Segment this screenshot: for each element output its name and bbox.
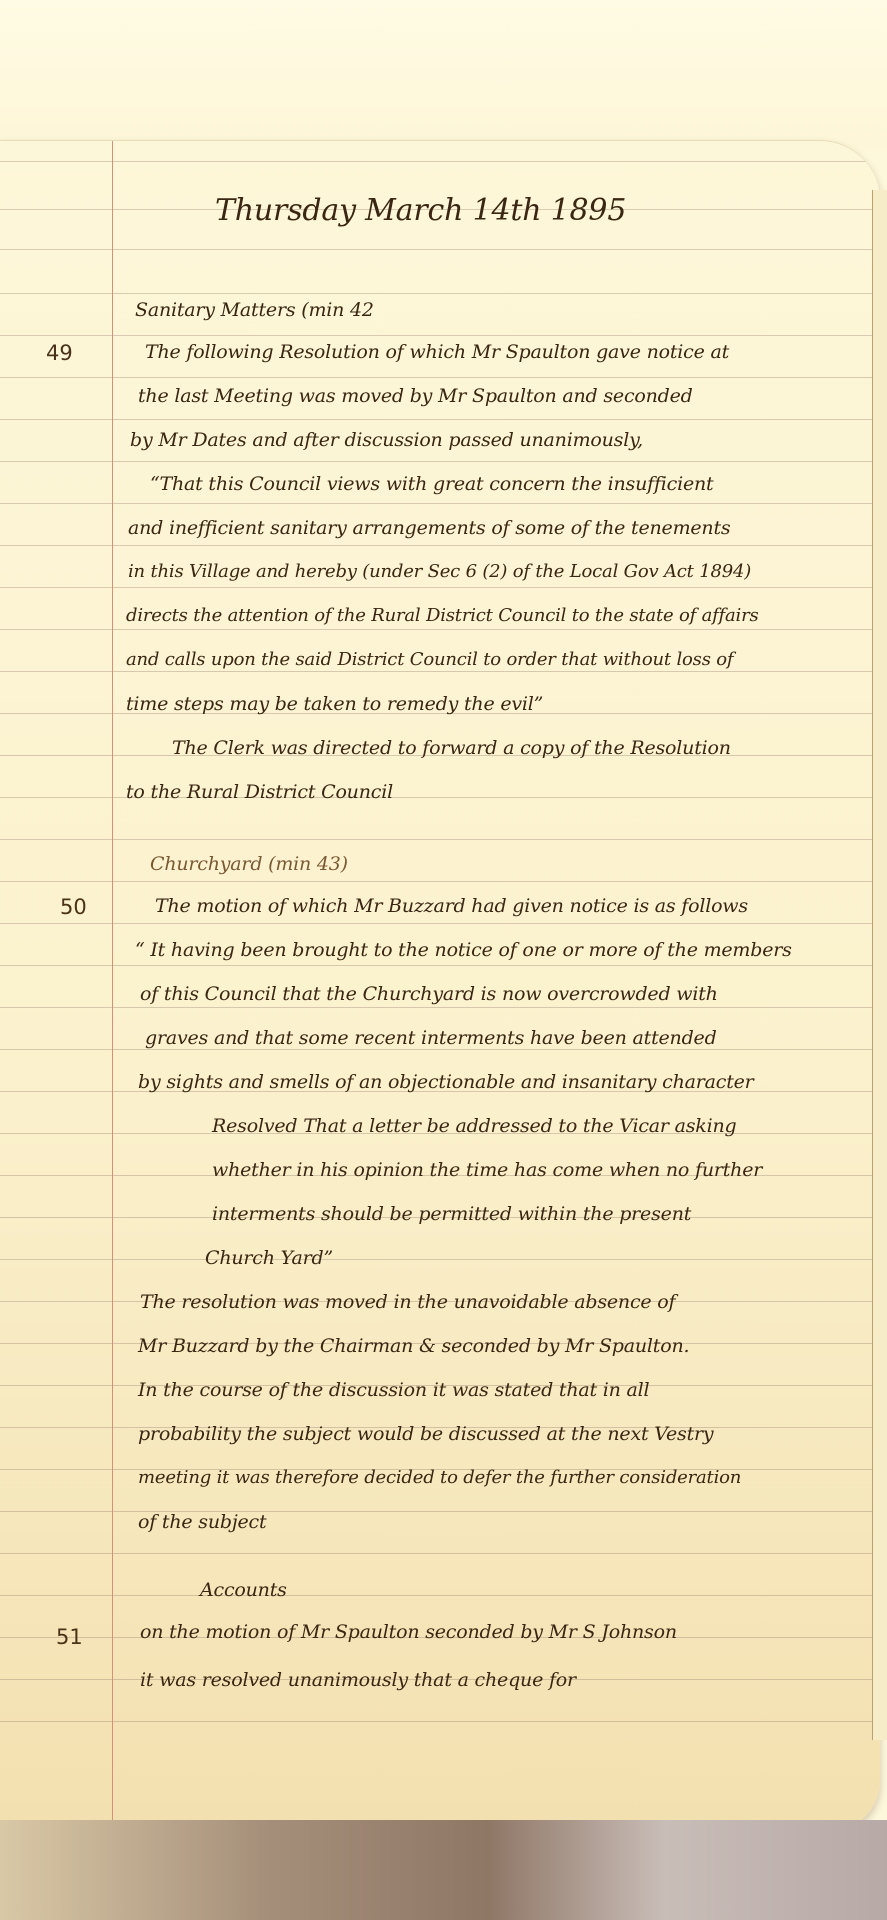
text-line: directs the attention of the Rural Distr… xyxy=(126,605,759,626)
text-line: The Clerk was directed to forward a copy… xyxy=(172,737,731,759)
ruled-line xyxy=(0,1049,880,1050)
text-line: Mr Buzzard by the Chairman & seconded by… xyxy=(138,1335,689,1357)
text-line: it was resolved unanimously that a chequ… xyxy=(140,1669,576,1691)
ruled-line xyxy=(0,161,880,162)
ruled-line xyxy=(0,1007,880,1008)
minute-book-page: Thursday March 14th 1895 Sanitary Matter… xyxy=(0,140,880,1831)
minute-number: 50 xyxy=(60,895,87,919)
ruled-line xyxy=(0,461,880,462)
adjacent-page-edge xyxy=(872,190,887,1740)
ruled-line xyxy=(0,587,880,588)
text-line: on the motion of Mr Spaulton seconded by… xyxy=(140,1621,677,1643)
date-heading: Thursday March 14th 1895 xyxy=(215,193,626,228)
section-heading: Sanitary Matters (min 42 xyxy=(135,299,374,321)
text-line: by Mr Dates and after discussion passed … xyxy=(130,429,643,451)
text-line: In the course of the discussion it was s… xyxy=(138,1379,649,1401)
text-line: “That this Council views with great conc… xyxy=(150,473,714,495)
ruled-line xyxy=(0,249,880,250)
text-line: “ It having been brought to the notice o… xyxy=(135,939,792,961)
ruled-line xyxy=(0,1595,880,1596)
text-line: by sights and smells of an objectionable… xyxy=(138,1071,754,1093)
ruled-line xyxy=(0,545,880,546)
text-line: of this Council that the Churchyard is n… xyxy=(140,983,718,1005)
ruled-line xyxy=(0,965,880,966)
text-line: the last Meeting was moved by Mr Spaulto… xyxy=(138,385,693,407)
text-line: in this Village and hereby (under Sec 6 … xyxy=(128,561,751,582)
ruled-line xyxy=(0,671,880,672)
ruled-line xyxy=(0,1553,880,1554)
minute-number: 49 xyxy=(46,341,73,365)
text-line: Church Yard” xyxy=(205,1247,333,1269)
section-heading: Churchyard (min 43) xyxy=(150,853,348,875)
ruled-line xyxy=(0,293,880,294)
text-line: meeting it was therefore decided to defe… xyxy=(138,1467,741,1488)
ruled-line xyxy=(0,335,880,336)
text-line: The following Resolution of which Mr Spa… xyxy=(145,341,729,363)
text-line: interments should be permitted within th… xyxy=(212,1203,691,1225)
previous-page-top xyxy=(0,0,887,150)
text-line: The resolution was moved in the unavoida… xyxy=(140,1291,675,1313)
ruled-line xyxy=(0,629,880,630)
text-line: Resolved That a letter be addressed to t… xyxy=(212,1115,737,1137)
section-heading: Accounts xyxy=(200,1579,287,1601)
ruled-line xyxy=(0,503,880,504)
ruled-line xyxy=(0,923,880,924)
text-line: probability the subject would be discuss… xyxy=(138,1423,713,1445)
text-line: of the subject xyxy=(138,1511,266,1533)
text-line: time steps may be taken to remedy the ev… xyxy=(126,693,543,715)
ruled-line xyxy=(0,1721,880,1722)
ruled-line xyxy=(0,1259,880,1260)
text-line: graves and that some recent interments h… xyxy=(145,1027,717,1049)
text-line: to the Rural District Council xyxy=(126,781,393,803)
margin-rule xyxy=(112,141,113,1831)
text-line: whether in his opinion the time has come… xyxy=(212,1159,762,1181)
ruled-line xyxy=(0,419,880,420)
ruled-line xyxy=(0,1511,880,1512)
ruled-line xyxy=(0,377,880,378)
text-line: The motion of which Mr Buzzard had given… xyxy=(155,895,748,917)
background-surface xyxy=(0,1820,887,1920)
ruled-line xyxy=(0,839,880,840)
ruled-line xyxy=(0,881,880,882)
minute-number: 51 xyxy=(56,1625,83,1649)
text-line: and inefficient sanitary arrangements of… xyxy=(128,517,730,539)
text-line: and calls upon the said District Council… xyxy=(126,649,733,670)
